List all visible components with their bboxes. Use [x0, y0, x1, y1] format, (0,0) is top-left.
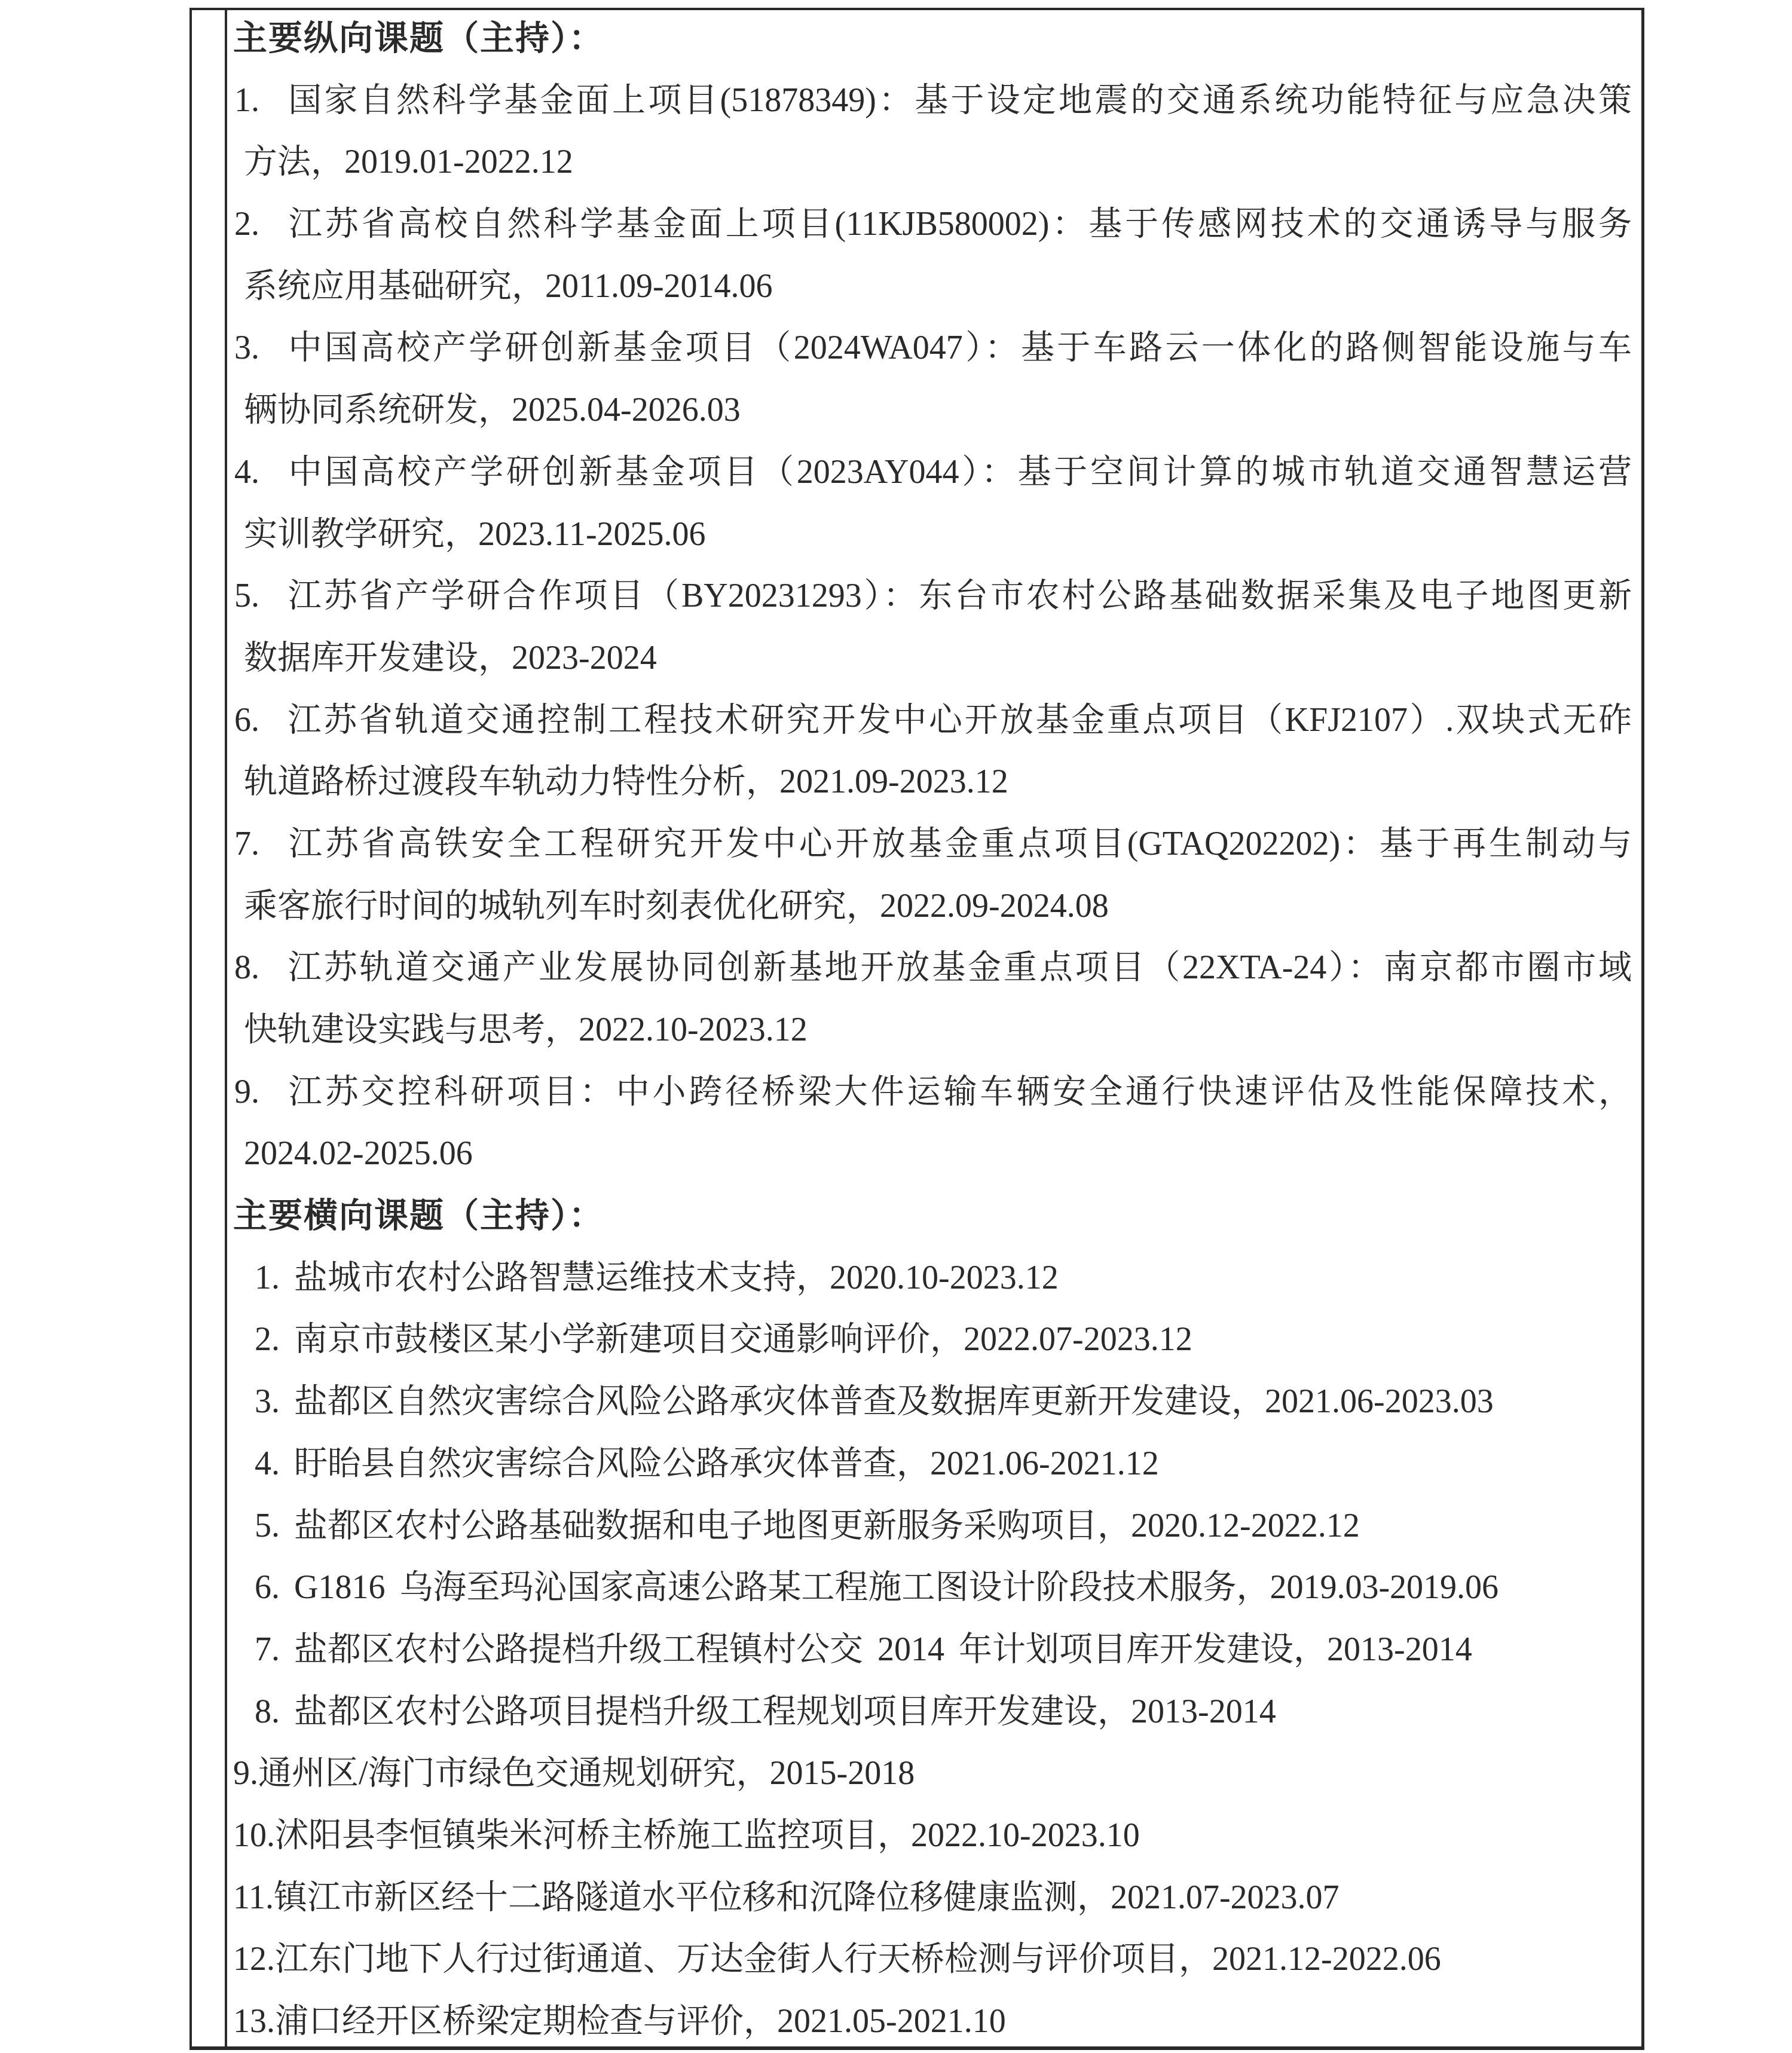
horizontal-project-1: 1. 盐城市农村公路智慧运维技术支持，2020.10-2023.12 [227, 1247, 1641, 1309]
horizontal-project-5: 5. 盐都区农村公路基础数据和电子地图更新服务采购项目，2020.12-2022… [227, 1495, 1641, 1558]
horizontal-project-3: 3. 盐都区自然灾害综合风险公路承灾体普查及数据库更新开发建设，2021.06-… [227, 1371, 1641, 1433]
vertical-project-5-line-2: 数据库开发建设，2023-2024 [227, 628, 1641, 690]
table-cell-content: 主要纵向课题（主持）： 1. 国家自然科学基金面上项目(51878349)：基于… [227, 8, 1641, 2053]
vertical-project-7-line-1: 7. 江苏省高铁安全工程研究开发中心开放基金重点项目(GTAQ202202)：基… [227, 813, 1641, 876]
vertical-project-4-line-2: 实训教学研究，2023.11-2025.06 [227, 504, 1641, 566]
vertical-project-6-line-1: 6. 江苏省轨道交通控制工程技术研究开发中心开放基金重点项目（KFJ2107）.… [227, 690, 1641, 752]
vertical-project-4-line-1: 4. 中国高校产学研创新基金项目（2023AY044）：基于空间计算的城市轨道交… [227, 442, 1641, 504]
vertical-project-7-line-2: 乘客旅行时间的城轨列车时刻表优化研究，2022.09-2024.08 [227, 876, 1641, 938]
table-border-right [1641, 8, 1644, 2050]
vertical-project-8-line-1: 8. 江苏轨道交通产业发展协同创新基地开放基金重点项目（22XTA-24）：南京… [227, 937, 1641, 999]
horizontal-project-13: 13.浦口经开区桥梁定期检查与评价，2021.05-2021.10 [227, 1991, 1641, 2053]
vertical-project-8-line-2: 快轨建设实践与思考，2022.10-2023.12 [227, 999, 1641, 1061]
vertical-project-1-line-2: 方法，2019.01-2022.12 [227, 131, 1641, 194]
vertical-project-9-line-2: 2024.02-2025.06 [227, 1123, 1641, 1185]
vertical-project-3-line-2: 辆协同系统研发，2025.04-2026.03 [227, 380, 1641, 442]
horizontal-project-6: 6. G1816 乌海至玛沁国家高速公路某工程施工图设计阶段技术服务，2019.… [227, 1557, 1641, 1619]
vertical-project-6-line-2: 轨道路桥过渡段车轨动力特性分析，2021.09-2023.12 [227, 751, 1641, 813]
vertical-project-2-line-1: 2. 江苏省高校自然科学基金面上项目(11KJB580002)：基于传感网技术的… [227, 194, 1641, 256]
horizontal-project-7: 7. 盐都区农村公路提档升级工程镇村公交 2014 年计划项目库开发建设，201… [227, 1619, 1641, 1681]
horizontal-project-2: 2. 南京市鼓楼区某小学新建项目交通影响评价，2022.07-2023.12 [227, 1309, 1641, 1371]
vertical-project-9-line-1: 9. 江苏交控科研项目：中小跨径桥梁大件运输车辆安全通行快速评估及性能保障技术， [227, 1061, 1641, 1124]
horizontal-project-9: 9.通州区/海门市绿色交通规划研究，2015-2018 [227, 1743, 1641, 1805]
section-heading-horizontal-projects: 主要横向课题（主持）： [227, 1185, 1641, 1247]
vertical-project-3-line-1: 3. 中国高校产学研创新基金项目（2024WA047）：基于车路云一体化的路侧智… [227, 317, 1641, 380]
vertical-project-1-line-1: 1. 国家自然科学基金面上项目(51878349)：基于设定地震的交通系统功能特… [227, 70, 1641, 132]
horizontal-project-4: 4. 盱眙县自然灾害综合风险公路承灾体普查，2021.06-2021.12 [227, 1433, 1641, 1495]
horizontal-project-11: 11.镇江市新区经十二路隧道水平位移和沉降位移健康监测，2021.07-2023… [227, 1867, 1641, 1929]
vertical-project-2-line-2: 系统应用基础研究，2011.09-2014.06 [227, 256, 1641, 318]
horizontal-project-12: 12.江东门地下人行过街通道、万达金街人行天桥检测与评价项目，2021.12-2… [227, 1929, 1641, 1991]
vertical-project-5-line-1: 5. 江苏省产学研合作项目（BY20231293）：东台市农村公路基础数据采集及… [227, 565, 1641, 628]
document-page: 主要纵向课题（主持）： 1. 国家自然科学基金面上项目(51878349)：基于… [0, 0, 1792, 2053]
horizontal-project-8: 8. 盐都区农村公路项目提档升级工程规划项目库开发建设，2013-2014 [227, 1681, 1641, 1743]
table-border-left-outer [189, 8, 192, 2050]
horizontal-project-10: 10.沭阳县李恒镇柴米河桥主桥施工监控项目，2022.10-2023.10 [227, 1805, 1641, 1867]
section-heading-vertical-projects: 主要纵向课题（主持）： [227, 8, 1641, 70]
